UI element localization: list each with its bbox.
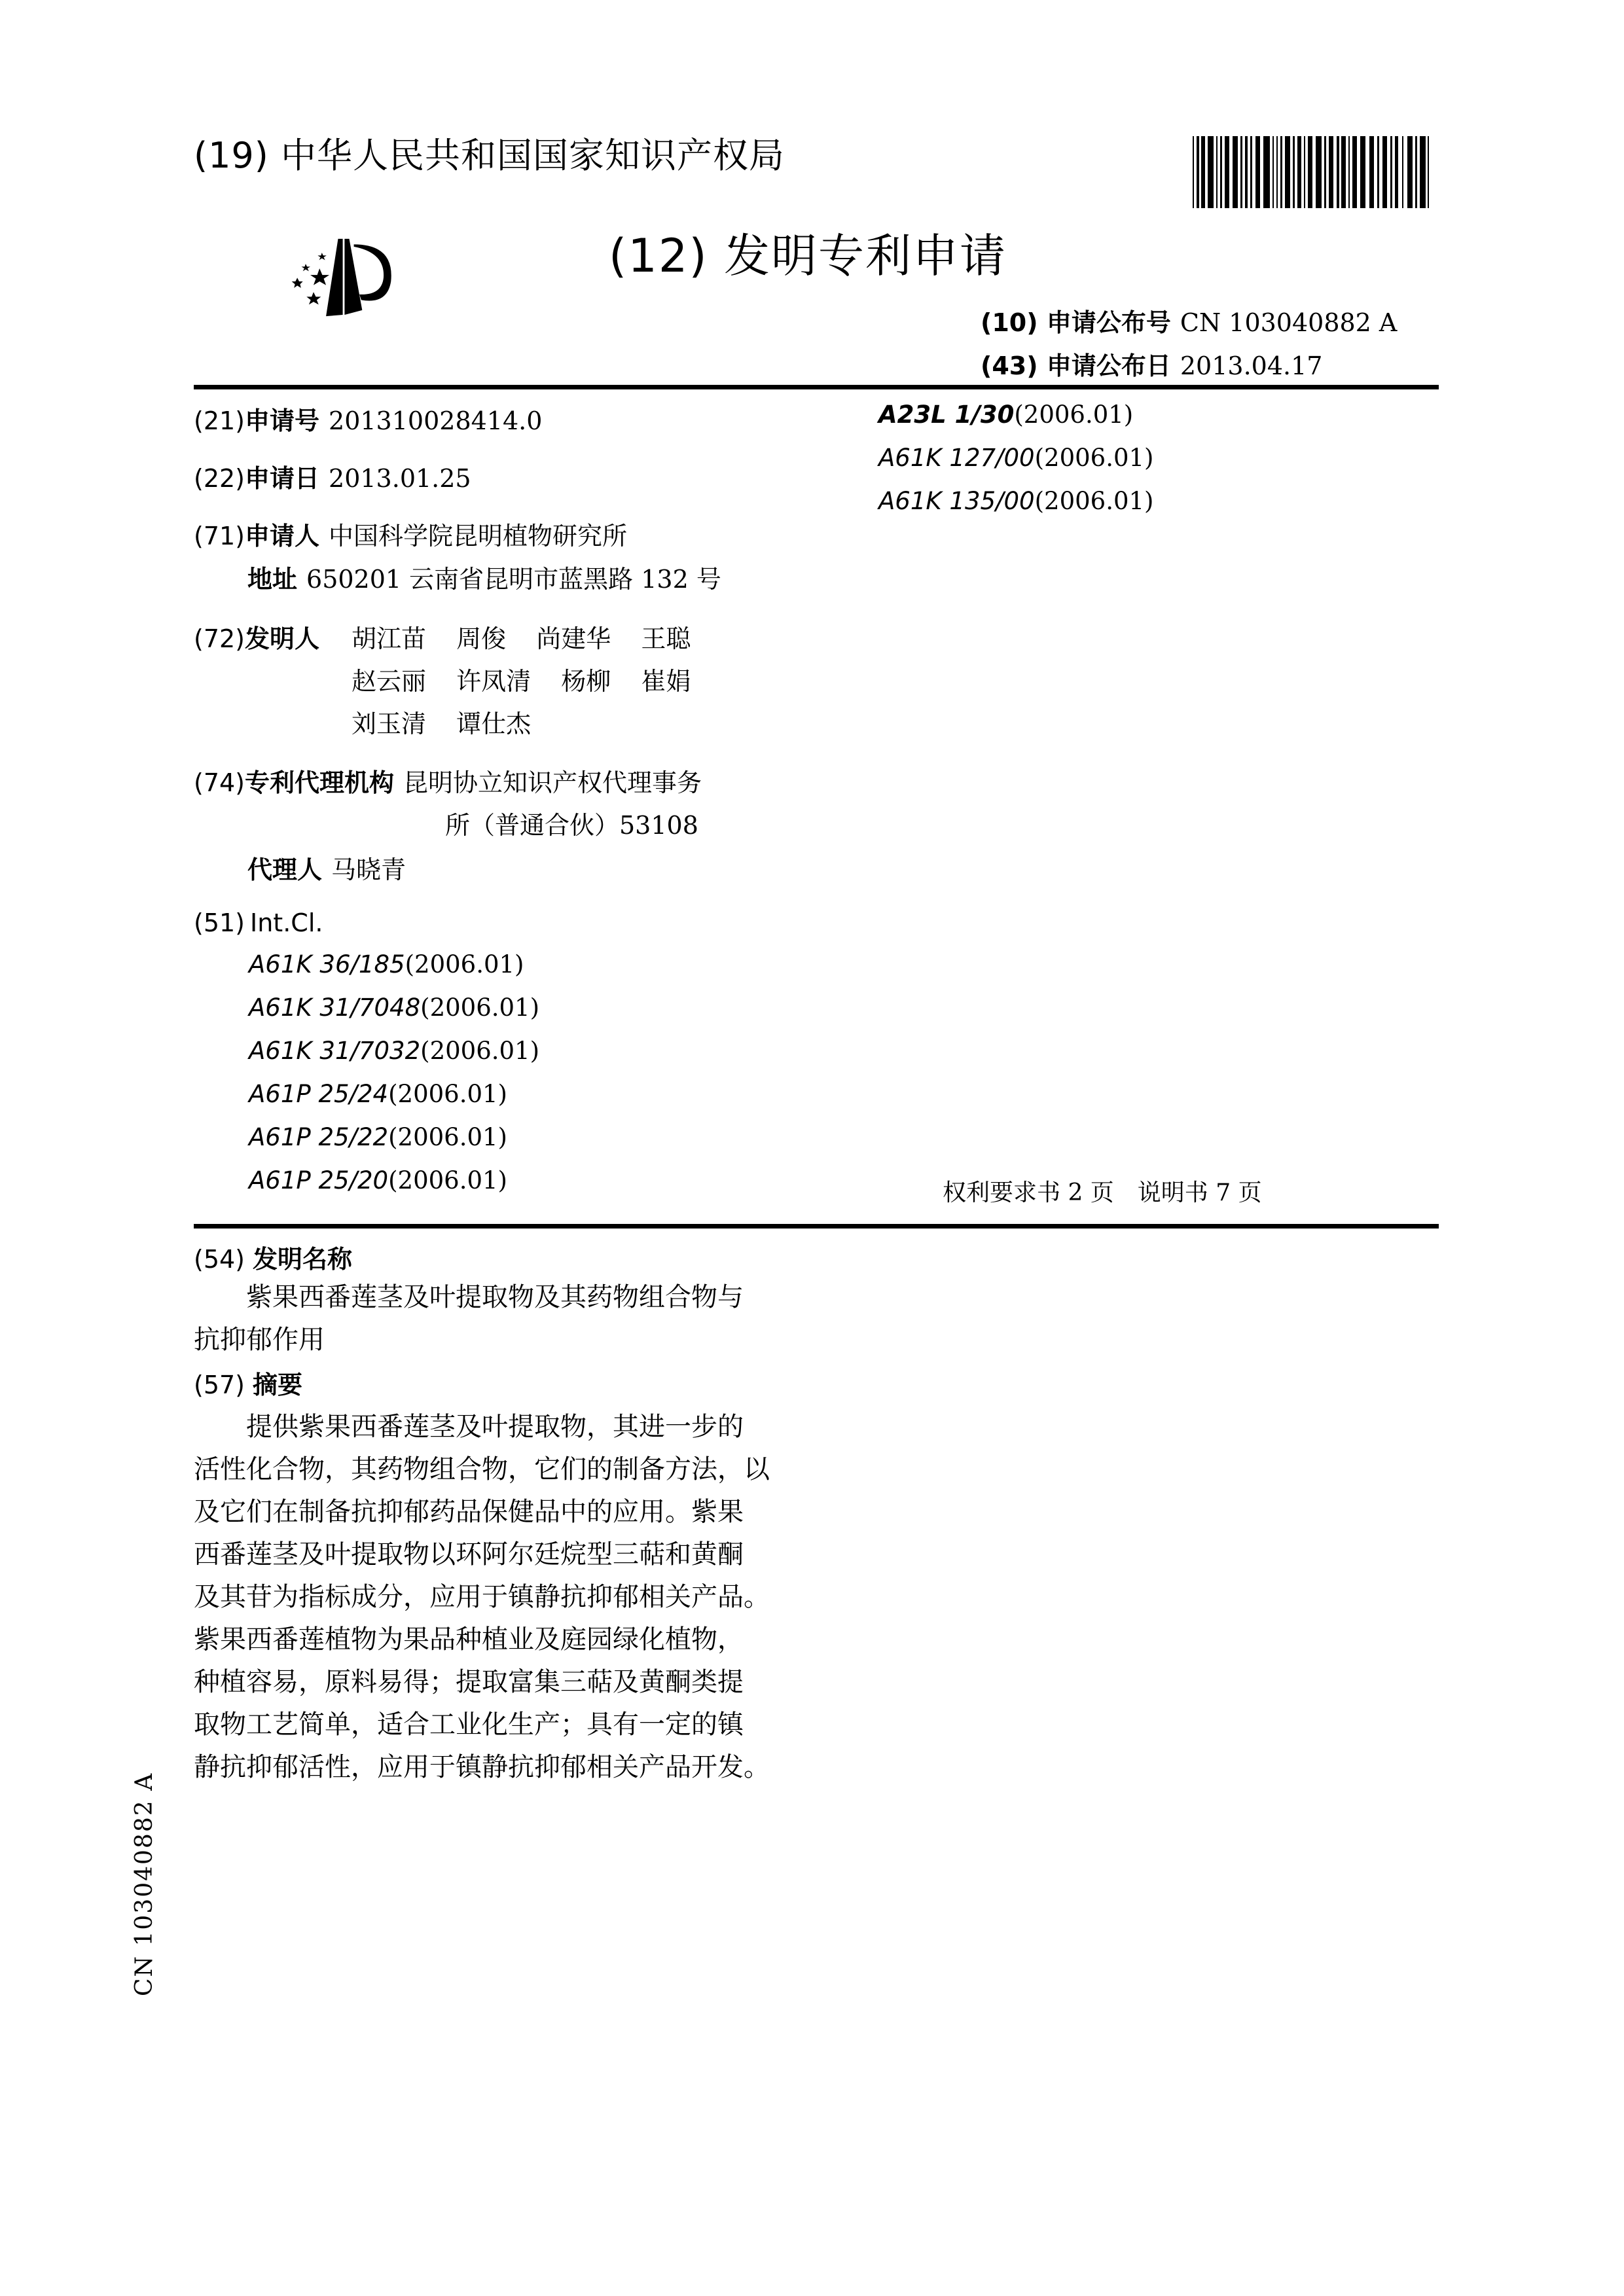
field-label: Int.Cl. (250, 908, 323, 937)
address-value: 650201 云南省昆明市蓝黑路 132 号 (306, 565, 721, 594)
section-label: 摘要 (253, 1371, 302, 1399)
ipc-entry: A61K 31/7032(2006.01) (249, 1037, 539, 1065)
abstract-line: 西番莲茎及叶提取物以环阿尔廷烷型三萜和黄酮 (194, 1534, 803, 1576)
abstract-line: 及其苷为指标成分，应用于镇静抗抑郁相关产品。 (194, 1576, 803, 1619)
inventor-name: 周俊 (456, 619, 506, 655)
address: 地址650201 云南省昆明市蓝黑路 132 号 (247, 559, 721, 595)
field-code: (51) (194, 908, 245, 937)
ipc-class: A61P 25/20 (249, 1166, 388, 1194)
abstract-section-header: (57)摘要 (194, 1365, 302, 1401)
ipc-version: (2006.01) (388, 1166, 507, 1194)
abstract-line: 取物工艺简单，适合工业化生产；具有一定的镇 (194, 1704, 803, 1746)
field-code: (71) (194, 522, 245, 550)
abstract-text: 提供紫果西番莲茎及叶提取物，其进一步的 活性化合物，其药物组合物，它们的制备方法… (194, 1406, 803, 1789)
side-publication-number: CN 103040882 A (131, 1772, 158, 1996)
applicant-value: 中国科学院昆明植物研究所 (329, 522, 627, 550)
application-date-value: 2013.01.25 (329, 464, 471, 493)
top-divider (194, 385, 1439, 389)
ipc-version: (2006.01) (1035, 487, 1154, 515)
abstract-line: 及它们在制备抗抑郁药品保健品中的应用。紫果 (194, 1491, 803, 1534)
invention-title: 紫果西番莲茎及叶提取物及其药物组合物与 抗抑郁作用 (194, 1276, 803, 1361)
field-label: 申请日 (245, 464, 319, 493)
inventor-name: 谭仕杰 (456, 704, 531, 740)
application-date: (22)申请日2013.01.25 (194, 458, 471, 494)
title-line: 紫果西番莲茎及叶提取物及其药物组合物与 (194, 1276, 803, 1319)
ipc-class: A61K 135/00 (878, 487, 1035, 515)
inventors: (72)发明人 (194, 619, 319, 655)
agency-name-cont: 所（普通合伙）53108 (445, 805, 698, 841)
inventor-name: 许凤清 (456, 661, 531, 697)
ipc-version: (2006.01) (388, 1080, 507, 1108)
ipc-entry: A61P 25/24(2006.01) (249, 1080, 507, 1108)
section-code: (57) (194, 1371, 245, 1399)
inventor-name: 赵云丽 (352, 661, 426, 697)
inventor-name: 胡江苗 (352, 619, 426, 655)
title-line: 抗抑郁作用 (194, 1319, 803, 1361)
inventor-name: 王聪 (641, 619, 691, 655)
publication-number-value: CN 103040882 A (1180, 308, 1398, 337)
section-label: 发明名称 (253, 1245, 352, 1274)
publication-number-label: (10) 申请公布号 (981, 308, 1171, 337)
abstract-line: 活性化合物，其药物组合物，它们的制备方法，以 (194, 1448, 803, 1491)
field-label: 发明人 (245, 624, 319, 653)
middle-divider (194, 1224, 1439, 1229)
page-count: 权利要求书 2 页 说明书 7 页 (943, 1174, 1262, 1208)
cnipa-logo-icon (268, 226, 419, 337)
agent: 代理人马晓青 (247, 850, 406, 886)
document-type-title: (12) 发明专利申请 (609, 219, 1007, 285)
applicant: (71)申请人中国科学院昆明植物研究所 (194, 516, 627, 552)
inventor-name: 刘玉清 (352, 704, 426, 740)
inventor-name: 崔娟 (641, 661, 691, 697)
field-label: 地址 (247, 565, 297, 594)
barcode-icon (1191, 136, 1430, 208)
section-code: (54) (194, 1245, 245, 1274)
field-code: (22) (194, 464, 245, 493)
ipc-entry: A23L 1/30(2006.01) (878, 401, 1133, 429)
publication-date: (43) 申请公布日2013.04.17 (981, 346, 1322, 382)
ipc-class: A61K 127/00 (878, 444, 1035, 472)
agency-name: 昆明协立知识产权代理事务 (403, 768, 702, 797)
inventor-list: 胡江苗 周俊 尚建华 王聪 赵云丽 许凤清 杨柳 崔娟 刘玉清 谭仕杰 (352, 619, 713, 746)
ipc-entry: A61K 135/00(2006.01) (878, 487, 1153, 515)
abstract-line: 种植容易，原料易得；提取富集三萜及黄酮类提 (194, 1661, 803, 1704)
ipc-class: A61P 25/22 (249, 1123, 388, 1151)
ipc-version: (2006.01) (1035, 444, 1154, 472)
field-code: (72) (194, 624, 245, 653)
ipc-entry: A61P 25/22(2006.01) (249, 1123, 507, 1151)
field-label: 申请号 (245, 406, 319, 435)
title-section-header: (54)发明名称 (194, 1239, 352, 1275)
ipc-version: (2006.01) (420, 1037, 539, 1065)
field-code: (21) (194, 406, 245, 435)
ipc-entry: A61K 127/00(2006.01) (878, 444, 1153, 472)
field-label: 专利代理机构 (245, 768, 394, 797)
field-code: (74) (194, 768, 245, 797)
inventor-name: 杨柳 (561, 661, 611, 697)
ipc-class: A23L 1/30 (878, 401, 1014, 429)
issuing-office: (19) 中华人民共和国国家知识产权局 (194, 128, 785, 178)
ipc-entry: A61K 31/7048(2006.01) (249, 994, 539, 1022)
inventor-name: 尚建华 (536, 619, 611, 655)
ipc-class: A61P 25/24 (249, 1080, 388, 1108)
ipc-version: (2006.01) (405, 950, 524, 978)
ipc-class: A61K 31/7048 (249, 994, 420, 1022)
ipc-entry: A61P 25/20(2006.01) (249, 1166, 507, 1194)
ipc-entry: A61K 36/185(2006.01) (249, 950, 524, 978)
abstract-line: 紫果西番莲植物为果品种植业及庭园绿化植物， (194, 1619, 803, 1661)
ipc-version: (2006.01) (388, 1123, 507, 1151)
ipc-class: A61K 31/7032 (249, 1037, 420, 1065)
publication-date-value: 2013.04.17 (1180, 351, 1323, 380)
abstract-line: 静抗抑郁活性，应用于镇静抗抑郁相关产品开发。 (194, 1746, 803, 1789)
ipc-version: (2006.01) (420, 994, 539, 1022)
int-cl-header: (51)Int.Cl. (194, 908, 323, 937)
publication-date-label: (43) 申请公布日 (981, 351, 1171, 380)
field-label: 申请人 (245, 522, 319, 550)
application-number: (21)申请号201310028414.0 (194, 401, 542, 437)
patent-agency: (74)专利代理机构昆明协立知识产权代理事务 (194, 762, 702, 798)
field-label: 代理人 (247, 855, 322, 884)
agent-value: 马晓青 (331, 855, 406, 884)
publication-number: (10) 申请公布号CN 103040882 A (981, 302, 1397, 338)
ipc-class: A61K 36/185 (249, 950, 405, 978)
application-number-value: 201310028414.0 (329, 406, 542, 435)
abstract-line: 提供紫果西番莲茎及叶提取物，其进一步的 (194, 1406, 803, 1448)
ipc-version: (2006.01) (1014, 401, 1133, 429)
